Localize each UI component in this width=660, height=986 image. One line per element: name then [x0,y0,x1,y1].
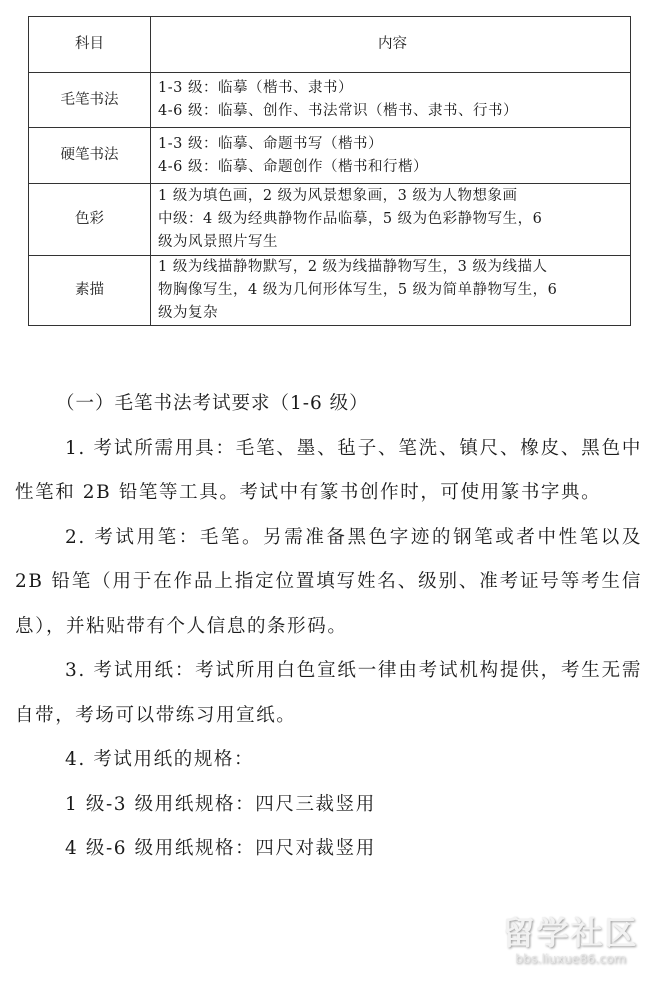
paragraph-pens: 2. 考试用笔：毛笔。另需准备黑色字迹的钢笔或者中性笔以及 2B 铅笔（用于在作… [0,516,660,650]
content-line: 1-3 级：临摹（楷书、隶书） [158,77,627,100]
content-line: 1 级为填色画，2 级为风景想象画，3 级为人物想象画 [158,185,627,208]
content-cell: 1-3 级：临摹、命题书写（楷书） 4-6 级：临摹、命题创作（楷书和行楷） [151,128,631,184]
paragraph-paper: 3. 考试用纸：考试所用白色宣纸一律由考试机构提供，考生无需自带，考场可以带练习… [0,649,660,738]
table-row: 毛笔书法 1-3 级：临摹（楷书、隶书） 4-6 级：临摹、创作、书法常识（楷书… [29,73,631,128]
content-line: 4-6 级：临摹、创作、书法常识（楷书、隶书、行书） [158,100,627,123]
content-cell: 1-3 级：临摹（楷书、隶书） 4-6 级：临摹、创作、书法常识（楷书、隶书、行… [151,73,631,128]
watermark-logo: 留学社区 [488,915,653,951]
content-line: 级为复杂 [158,302,627,325]
content-line: 1 级为线描静物默写，2 级为线描静物写生，3 级为线描人 [158,256,627,279]
paragraph-tools: 1. 考试所需用具：毛笔、墨、毡子、笔洗、镇尺、橡皮、黑色中性笔和 2B 铅笔等… [0,427,660,516]
content-line: 级为风景照片写生 [158,231,627,254]
header-content: 内容 [151,17,631,73]
table-header-row: 科目 内容 [29,17,631,73]
table-row: 硬笔书法 1-3 级：临摹、命题书写（楷书） 4-6 级：临摹、命题创作（楷书和… [29,128,631,184]
spec-line-levels-4-6: 4 级-6 级用纸规格：四尺对裁竖用 [0,827,660,872]
section-body: （一）毛笔书法考试要求（1-6 级） 1. 考试所需用具：毛笔、墨、毡子、笔洗、… [0,382,660,872]
content-line: 1-3 级：临摹、命题书写（楷书） [158,133,627,156]
table-row: 色彩 1 级为填色画，2 级为风景想象画，3 级为人物想象画 中级：4 级为经典… [29,184,631,256]
subject-cell: 硬笔书法 [29,128,151,184]
subject-cell: 毛笔书法 [29,73,151,128]
table-row: 素描 1 级为线描静物默写，2 级为线描静物写生，3 级为线描人 物胸像写生，4… [29,256,631,326]
header-subject: 科目 [29,17,151,73]
content-line: 中级：4 级为经典静物作品临摹，5 级为色彩静物写生，6 [158,208,627,231]
watermark: 留学社区 bbs.liuxue86.com [488,915,653,975]
paragraph-paper-spec: 4. 考试用纸的规格： [0,738,660,783]
watermark-url: bbs.liuxue86.com [488,951,653,967]
content-line: 4-6 级：临摹、命题创作（楷书和行楷） [158,156,627,179]
content-cell: 1 级为线描静物默写，2 级为线描静物写生，3 级为线描人 物胸像写生，4 级为… [151,256,631,326]
content-cell: 1 级为填色画，2 级为风景想象画，3 级为人物想象画 中级：4 级为经典静物作… [151,184,631,256]
subject-cell: 素描 [29,256,151,326]
subject-cell: 色彩 [29,184,151,256]
content-line: 物胸像写生，4 级为几何形体写生，5 级为简单静物写生，6 [158,279,627,302]
section-heading: （一）毛笔书法考试要求（1-6 级） [0,382,660,427]
exam-subject-table: 科目 内容 毛笔书法 1-3 级：临摹（楷书、隶书） 4-6 级：临摹、创作、书… [28,16,631,326]
spec-line-levels-1-3: 1 级-3 级用纸规格：四尺三裁竖用 [0,783,660,828]
